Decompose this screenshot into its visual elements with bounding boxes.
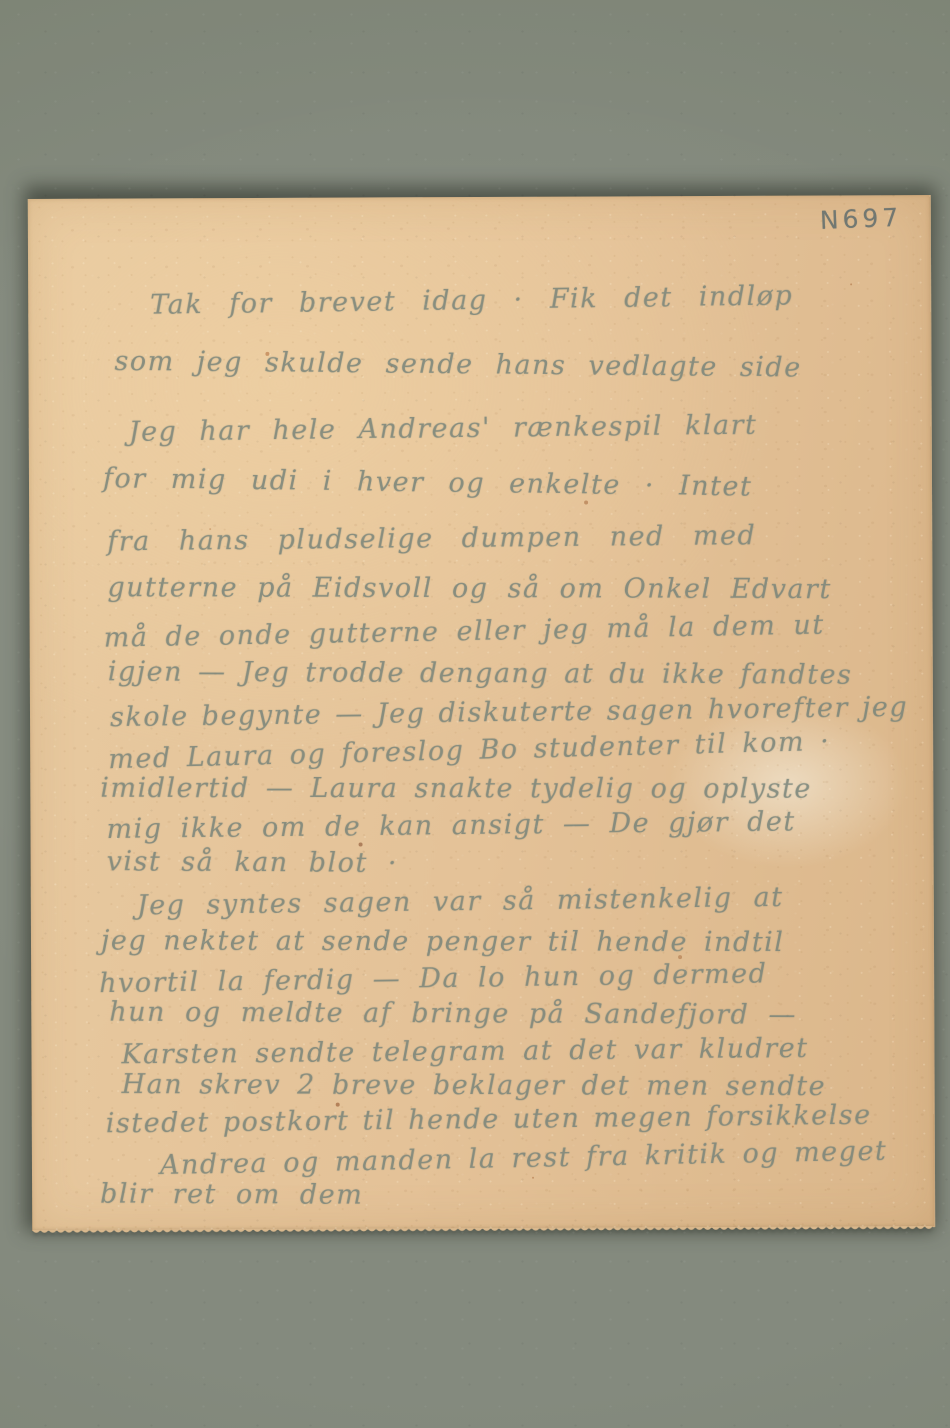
handwritten-line: hvortil la ferdig — Da lo hun og dermed <box>99 958 768 999</box>
handwritten-line: Jeg syntes sagen var så mistenkelig at <box>137 882 784 921</box>
handwritten-line: med Laura og foreslog Bo studenter til k… <box>108 726 831 775</box>
handwritten-line: istedet postkort til hende uten megen fo… <box>106 1100 872 1140</box>
handwritten-line: blir ret om dem <box>100 1179 363 1211</box>
handwritten-line: Han skrev 2 breve beklager det men sendt… <box>122 1069 827 1102</box>
letter-paper: N697 Tak for brevet idag · Fik det indlø… <box>28 195 935 1231</box>
handwritten-line: jeg nektet at sende penger til hende ind… <box>101 925 785 958</box>
handwritten-line: Andrea og manden la rest fra kritik og m… <box>160 1136 888 1182</box>
handwritten-line: Karsten sendte telegram at det var kludr… <box>121 1033 808 1071</box>
handwritten-line: må de onde gutterne eller jeg må la dem … <box>103 609 824 653</box>
handwritten-line: for mig udi i hver og enkelte · Intet <box>103 463 753 502</box>
photo-of-letter: N697 Tak for brevet idag · Fik det indlø… <box>0 0 950 1428</box>
handwritten-line: gutterne på Eidsvoll og så om Onkel Edva… <box>107 572 831 605</box>
handwritten-line: mig ikke om de kan ansigt — De gjør det <box>106 806 796 845</box>
handwritten-line: Tak for brevet idag · Fik det indløp <box>150 280 793 321</box>
handwritten-line: som jeg skulde sende hans vedlagte side <box>114 346 801 384</box>
handwritten-line: vist så kan blot · <box>107 846 399 879</box>
handwritten-line: hun og meldte af bringe på Sandefjord — <box>109 997 797 1031</box>
handwriting-layer: Tak for brevet idag · Fik det indløpsom … <box>28 195 934 1231</box>
handwritten-line: imidlertid — Laura snakte tydelig og opl… <box>100 773 811 805</box>
handwritten-line: igjen — Jeg trodde dengang at du ikke fa… <box>108 656 853 690</box>
handwritten-line: Jeg har hele Andreas' rænkespil klart <box>129 410 758 448</box>
handwritten-line: fra hans pludselige dumpen ned med <box>107 520 756 557</box>
